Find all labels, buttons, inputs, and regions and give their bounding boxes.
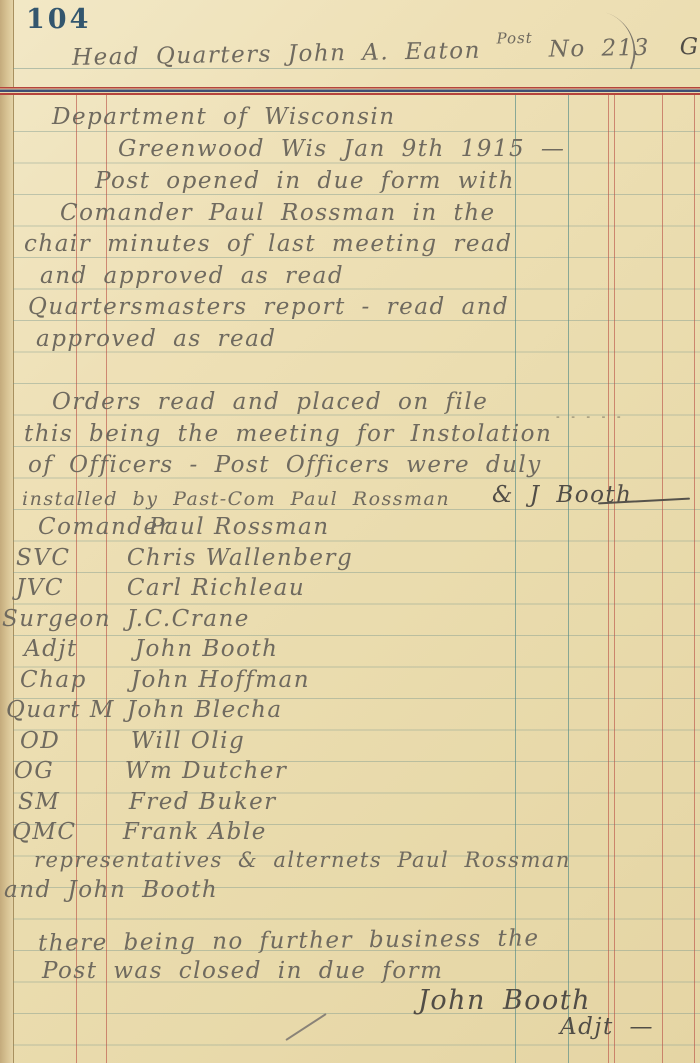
officer-row: Surgeon J.C.Crane	[2, 606, 250, 632]
officer-name: Fred Buker	[129, 789, 277, 815]
right-column-line-2	[568, 95, 569, 1063]
officer-row: QMC Frank Able	[12, 819, 267, 845]
officer-name: Paul Rossman	[149, 514, 330, 540]
officer-name: Chris Wallenberg	[127, 545, 353, 571]
officer-office: Surgeon	[2, 606, 118, 632]
right-column-line-1	[515, 95, 516, 1063]
officer-office: SVC	[16, 545, 118, 571]
minutes-line: this being the meeting for Instolation	[24, 421, 552, 447]
officer-office: QMC	[12, 819, 114, 845]
stray-dash-marks: - - - - -	[556, 410, 625, 423]
binding-edge	[0, 0, 14, 1063]
officer-row: Quart M John Blecha	[6, 697, 283, 723]
minutes-line: of Officers - Post Officers were duly	[28, 452, 542, 478]
signature-name: John Booth	[418, 985, 591, 1016]
closing-line: there being no further business the	[38, 925, 540, 956]
officer-name: Will Olig	[131, 728, 245, 754]
closing-line: Post was closed in due form	[42, 958, 443, 984]
right-margin-line-2	[614, 95, 615, 1063]
officer-name: Carl Richleau	[127, 575, 305, 601]
header-divider-rule	[0, 87, 700, 95]
officer-name: John Booth	[135, 636, 279, 662]
minutes-line: chair minutes of last meeting read	[24, 231, 512, 257]
officer-office: SM	[18, 789, 120, 815]
minutes-line: and approved as read	[40, 263, 344, 289]
officer-office: Comander	[38, 514, 140, 540]
right-margin-line-3	[662, 95, 663, 1063]
officer-row: Comander Paul Rossman	[38, 514, 330, 540]
dateline: Greenwood Wis Jan 9th 1915 —	[118, 136, 565, 162]
signature-title: Adjt —	[560, 1014, 654, 1040]
officer-row: SM Fred Buker	[18, 789, 277, 815]
officer-row: JVC Carl Richleau	[16, 575, 305, 601]
officer-row: SVC Chris Wallenberg	[16, 545, 353, 571]
officer-name: Frank Able	[123, 819, 267, 845]
minutes-line: Orders read and placed on file	[52, 389, 488, 415]
minutes-line: Post opened in due form with	[95, 168, 515, 194]
officer-office: OD	[20, 728, 122, 754]
heading-main: Head Quarters John A. Eaton	[72, 38, 481, 71]
officer-row: Chap John Hoffman	[20, 667, 310, 693]
heading-inserted-word: Post	[496, 29, 533, 48]
heading-org: G A R	[680, 33, 700, 61]
officer-row: OG Wm Dutcher	[14, 758, 287, 784]
officer-office: OG	[14, 758, 116, 784]
officer-name: J.C.Crane	[127, 606, 250, 632]
officer-office: Chap	[20, 667, 122, 693]
officer-name: John Blecha	[127, 697, 283, 723]
minutes-line: approved as read	[36, 326, 277, 352]
minutes-line: Quartersmasters report - read and	[28, 294, 509, 320]
installed-appended-name: & J Booth	[492, 482, 632, 508]
officer-row: Adjt John Booth	[24, 636, 278, 662]
officer-office: Adjt	[24, 636, 126, 662]
minutes-line: Comander Paul Rossman in the	[60, 200, 496, 226]
page-number: 104	[26, 4, 91, 35]
installed-line: installed by Past-Com Paul Rossman	[22, 488, 450, 510]
officer-row: OD Will Olig	[20, 728, 245, 754]
officer-office: Quart M	[6, 697, 118, 723]
ledger-page: 104 Head Quarters John A. Eaton Post No …	[0, 0, 700, 1063]
right-margin-line-4	[694, 95, 695, 1063]
officer-office: JVC	[16, 575, 118, 601]
officer-name: Wm Dutcher	[125, 758, 288, 784]
representatives-line: representatives & alternets Paul Rossman	[34, 848, 571, 872]
department-line: Department of Wisconsin	[52, 104, 396, 130]
right-margin-line-1	[608, 95, 609, 1063]
officer-name: John Hoffman	[131, 667, 310, 693]
representatives-line: and John Booth	[4, 877, 218, 903]
